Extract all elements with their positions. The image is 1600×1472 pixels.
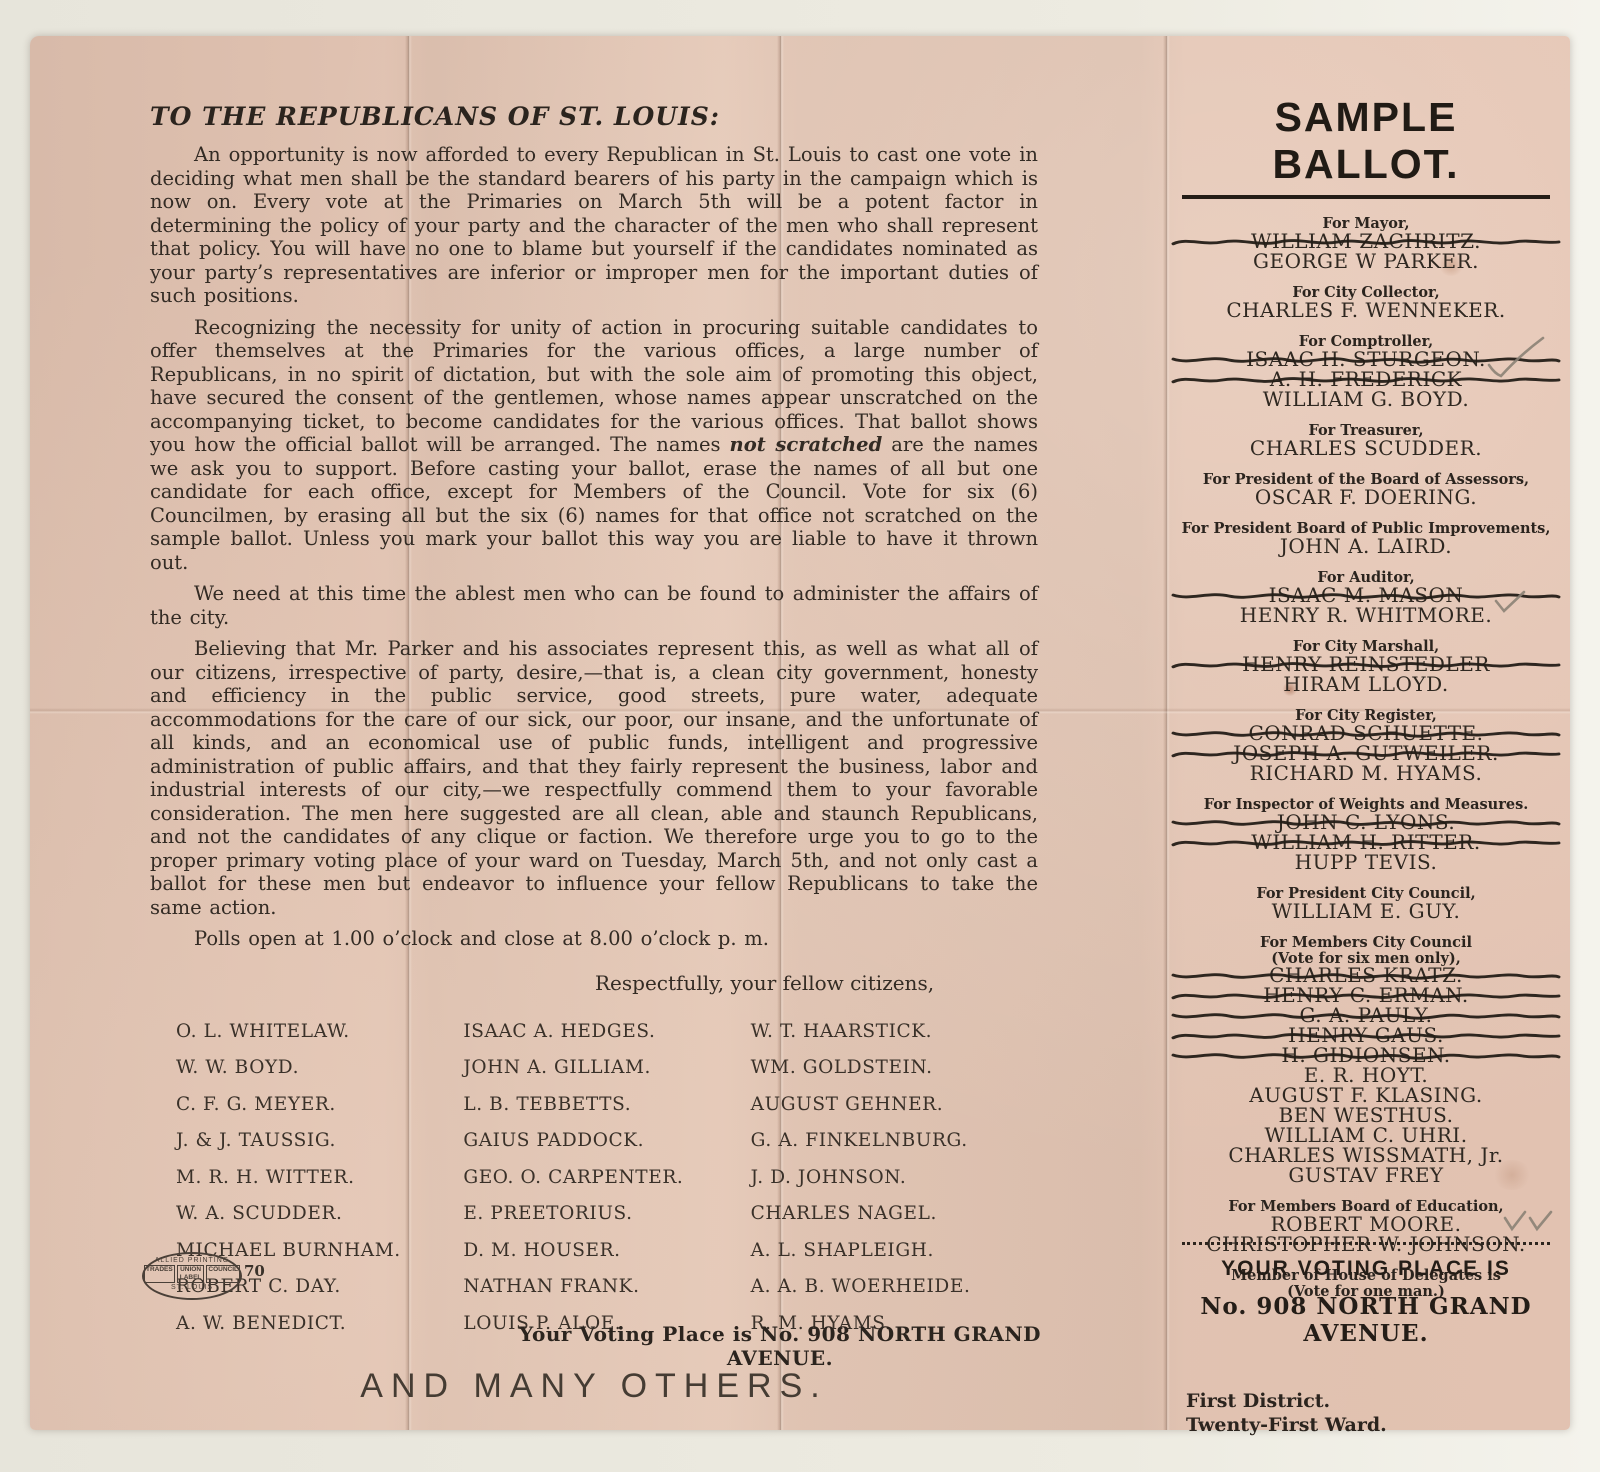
signature-name: GAIUS PADDOCK. xyxy=(463,1130,750,1167)
and-many-others-line: AND MANY OTHERS. xyxy=(150,1367,1038,1406)
ballot-office: For Inspector of Weights and Measures.JO… xyxy=(1180,796,1552,873)
ballot-office: For Comptroller,ISAAC H. STURGEON.A. H. … xyxy=(1180,333,1552,410)
signature-name: NATHAN FRANK. xyxy=(463,1276,750,1313)
union-label-center: UNION LABEL xyxy=(177,1265,205,1283)
signature-name: A. W. BENEDICT. xyxy=(176,1313,463,1350)
union-label-top-text: ALLIED PRINTING xyxy=(144,1257,240,1264)
vertical-fold-crease xyxy=(1163,36,1170,1430)
candidate-name: CHARLES SCUDDER. xyxy=(1180,439,1552,459)
sample-ballot-title: SAMPLE BALLOT. xyxy=(1180,94,1552,188)
letter-salutation: TO THE REPUBLICANS OF ST. LOUIS: xyxy=(150,102,1038,131)
letter-section: TO THE REPUBLICANS OF ST. LOUIS: An oppo… xyxy=(150,102,1038,1406)
pencil-check-mark xyxy=(1492,589,1528,615)
letter-paragraph: Polls open at 1.00 o’clock and close at … xyxy=(150,927,1038,951)
flyer-paper: TO THE REPUBLICANS OF ST. LOUIS: An oppo… xyxy=(30,36,1570,1430)
candidate-name: HIRAM LLOYD. xyxy=(1180,675,1552,695)
pencil-check-mark xyxy=(1484,333,1548,379)
letter-paragraph: An opportunity is now afforded to every … xyxy=(150,143,1038,308)
union-label-middle-row: TRADES UNION LABEL COUNCIL xyxy=(144,1265,240,1283)
ballot-office-list: For Mayor,WILLIAM ZACHRITZ.GEORGE W PARK… xyxy=(1180,215,1552,1299)
candidate-name: WILLIAM G. BOYD. xyxy=(1180,390,1552,410)
signature-name: JOHN A. GILLIAM. xyxy=(463,1057,750,1094)
district-ward-block: First District. Twenty-First Ward. xyxy=(1180,1389,1552,1437)
signature-name: ISAAC A. HEDGES. xyxy=(463,1021,750,1058)
ballot-office: For City Collector,CHARLES F. WENNEKER. xyxy=(1180,284,1552,321)
title-underline-rule xyxy=(1182,195,1550,199)
candidate-name: GEORGE W PARKER. xyxy=(1180,252,1552,272)
candidate-name: RICHARD M. HYAMS. xyxy=(1180,764,1552,784)
signature-name: W. T. HAARSTICK. xyxy=(751,1021,1038,1058)
signature-column: ISAAC A. HEDGES.JOHN A. GILLIAM.L. B. TE… xyxy=(463,1021,750,1350)
signature-name: M. R. H. WITTER. xyxy=(176,1167,463,1204)
union-label-number: 70 xyxy=(244,1262,265,1280)
signature-name: WM. GOLDSTEIN. xyxy=(751,1057,1038,1094)
signature-name: AUGUST GEHNER. xyxy=(751,1094,1038,1131)
letter-voting-place-line: Your Voting Place is No. 908 NORTH GRAND… xyxy=(510,1322,1050,1370)
pencil-double-check-mark xyxy=(1502,1208,1558,1234)
signature-name: W. A. SCUDDER. xyxy=(176,1203,463,1240)
letter-paragraph: We need at this time the ablest men who … xyxy=(150,582,1038,629)
signature-name: L. B. TEBBETTS. xyxy=(463,1094,750,1131)
ward-line: Twenty-First Ward. xyxy=(1186,1413,1552,1437)
ballot-office: For Auditor,ISAAC M. MASONHENRY R. WHITM… xyxy=(1180,569,1552,626)
voting-place-address: No. 908 NORTH GRAND AVENUE. xyxy=(1180,1293,1552,1347)
ballot-office: For City Register,CONRAD SCHUETTE.JOSEPH… xyxy=(1180,707,1552,784)
sample-ballot-section: SAMPLE BALLOT. For Mayor,WILLIAM ZACHRIT… xyxy=(1180,94,1552,1311)
candidate-name: HUPP TEVIS. xyxy=(1180,853,1552,873)
candidate-name: OSCAR F. DOERING. xyxy=(1180,488,1552,508)
dotted-separator-line xyxy=(1182,1242,1550,1245)
ballot-office: For Treasurer,CHARLES SCUDDER. xyxy=(1180,422,1552,459)
signature-columns: O. L. WHITELAW.W. W. BOYD.C. F. G. MEYER… xyxy=(176,1021,1038,1350)
union-label-oval: ALLIED PRINTING TRADES UNION LABEL COUNC… xyxy=(142,1252,242,1300)
your-voting-place-label: YOUR VOTING PLACE IS xyxy=(1180,1257,1552,1281)
signature-name: J. & J. TAUSSIG. xyxy=(176,1130,463,1167)
signature-name: A. A. B. WOERHEIDE. xyxy=(751,1276,1038,1313)
respectfully-line: Respectfully, your fellow citizens, xyxy=(595,971,1038,995)
ballot-office: For President of the Board of Assessors,… xyxy=(1180,471,1552,508)
ballot-office: For Members City Council(Vote for six me… xyxy=(1180,934,1552,1186)
letter-body: An opportunity is now afforded to every … xyxy=(150,143,1038,951)
union-label-trades: TRADES xyxy=(144,1265,175,1283)
signature-name: CHARLES NAGEL. xyxy=(751,1203,1038,1240)
candidate-name: GUSTAV FREY xyxy=(1180,1166,1552,1186)
signature-name: GEO. O. CARPENTER. xyxy=(463,1167,750,1204)
ballot-office: For President Board of Public Improvemen… xyxy=(1180,520,1552,557)
letter-paragraph: Recognizing the necessity for unity of a… xyxy=(150,316,1038,575)
ballot-bottom-section: YOUR VOTING PLACE IS No. 908 NORTH GRAND… xyxy=(1180,1242,1552,1437)
district-line: First District. xyxy=(1186,1389,1552,1413)
signature-name: D. M. HOUSER. xyxy=(463,1240,750,1277)
signature-name: G. A. FINKELNBURG. xyxy=(751,1130,1038,1167)
ballot-office: For Mayor,WILLIAM ZACHRITZ.GEORGE W PARK… xyxy=(1180,215,1552,272)
signature-name: C. F. G. MEYER. xyxy=(176,1094,463,1131)
candidate-name: CHARLES F. WENNEKER. xyxy=(1180,301,1552,321)
signature-column: W. T. HAARSTICK.WM. GOLDSTEIN.AUGUST GEH… xyxy=(751,1021,1038,1350)
union-label-council: COUNCIL xyxy=(206,1265,240,1283)
candidate-name: JOHN A. LAIRD. xyxy=(1180,537,1552,557)
union-printing-label: ALLIED PRINTING TRADES UNION LABEL COUNC… xyxy=(142,1248,272,1306)
signature-name: E. PREETORIUS. xyxy=(463,1203,750,1240)
signature-name: A. L. SHAPLEIGH. xyxy=(751,1240,1038,1277)
office-title: For Members City Council xyxy=(1180,934,1552,951)
ballot-office: For President City Council,WILLIAM E. GU… xyxy=(1180,885,1552,922)
signature-name: W. W. BOYD. xyxy=(176,1057,463,1094)
signature-name: O. L. WHITELAW. xyxy=(176,1021,463,1058)
signature-name: J. D. JOHNSON. xyxy=(751,1167,1038,1204)
candidate-name: WILLIAM E. GUY. xyxy=(1180,902,1552,922)
union-label-bottom-text: ST. LOUIS xyxy=(144,1284,240,1291)
letter-paragraph: Believing that Mr. Parker and his associ… xyxy=(150,637,1038,919)
ballot-office: For City Marshall,HENRY REINSTEDLERHIRAM… xyxy=(1180,638,1552,695)
